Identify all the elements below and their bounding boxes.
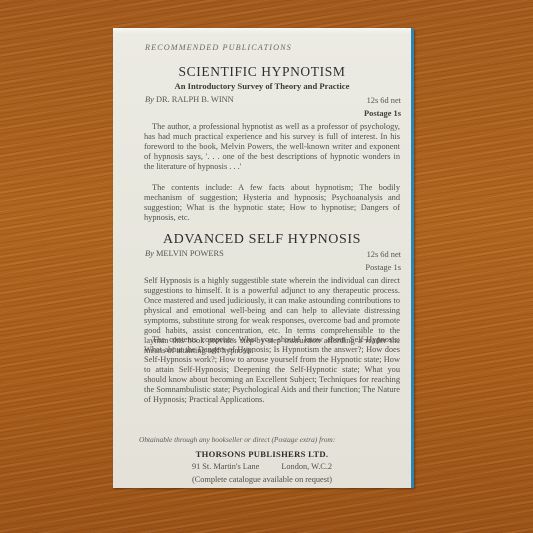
by-prefix: By (145, 249, 154, 258)
by-prefix: By (145, 95, 154, 104)
publisher-name: THORSONS PUBLISHERS LTD. (113, 449, 411, 459)
book-author-line: By DR. RALPH B. WINN (145, 95, 234, 104)
contents-text: The contents include: A few facts about … (144, 183, 400, 223)
obtainable-note: Obtainable through any bookseller or dir… (139, 435, 335, 444)
section-header: RECOMMENDED PUBLICATIONS (145, 43, 292, 52)
book-contents: The contents include: A few facts about … (144, 183, 400, 223)
author-name: DR. RALPH B. WINN (156, 95, 234, 104)
book-postage: Postage 1s (365, 263, 401, 272)
book-title-scientific-hypnotism: SCIENTIFIC HYPNOTISM (113, 64, 411, 80)
author-name: MELVIN POWERS (156, 249, 224, 258)
book-description: The author, a professional hypnotist as … (144, 122, 400, 172)
book-contents: The contents comprise: What you should k… (144, 335, 400, 405)
book-price: 12s 6d net (367, 96, 401, 105)
publisher-address: 91 St. Martin's LaneLondon, W.C.2 (113, 462, 411, 471)
book-price: 12s 6d net (367, 250, 401, 259)
catalogue-note: (Complete catalogue available on request… (113, 475, 411, 484)
book-author-line: By MELVIN POWERS (145, 249, 224, 258)
contents-text: The contents comprise: What you should k… (144, 335, 400, 405)
description-text: The author, a professional hypnotist as … (144, 122, 400, 172)
book-back-cover: RECOMMENDED PUBLICATIONS SCIENTIFIC HYPN… (113, 28, 414, 488)
book-title-advanced-self-hypnosis: ADVANCED SELF HYPNOSIS (113, 232, 411, 248)
book-postage: Postage 1s (364, 109, 401, 118)
address-street: 91 St. Martin's Lane (192, 462, 259, 471)
book-subtitle: An Introductory Survey of Theory and Pra… (113, 81, 411, 91)
address-city: London, W.C.2 (281, 462, 332, 471)
cover-highlight (113, 28, 411, 34)
